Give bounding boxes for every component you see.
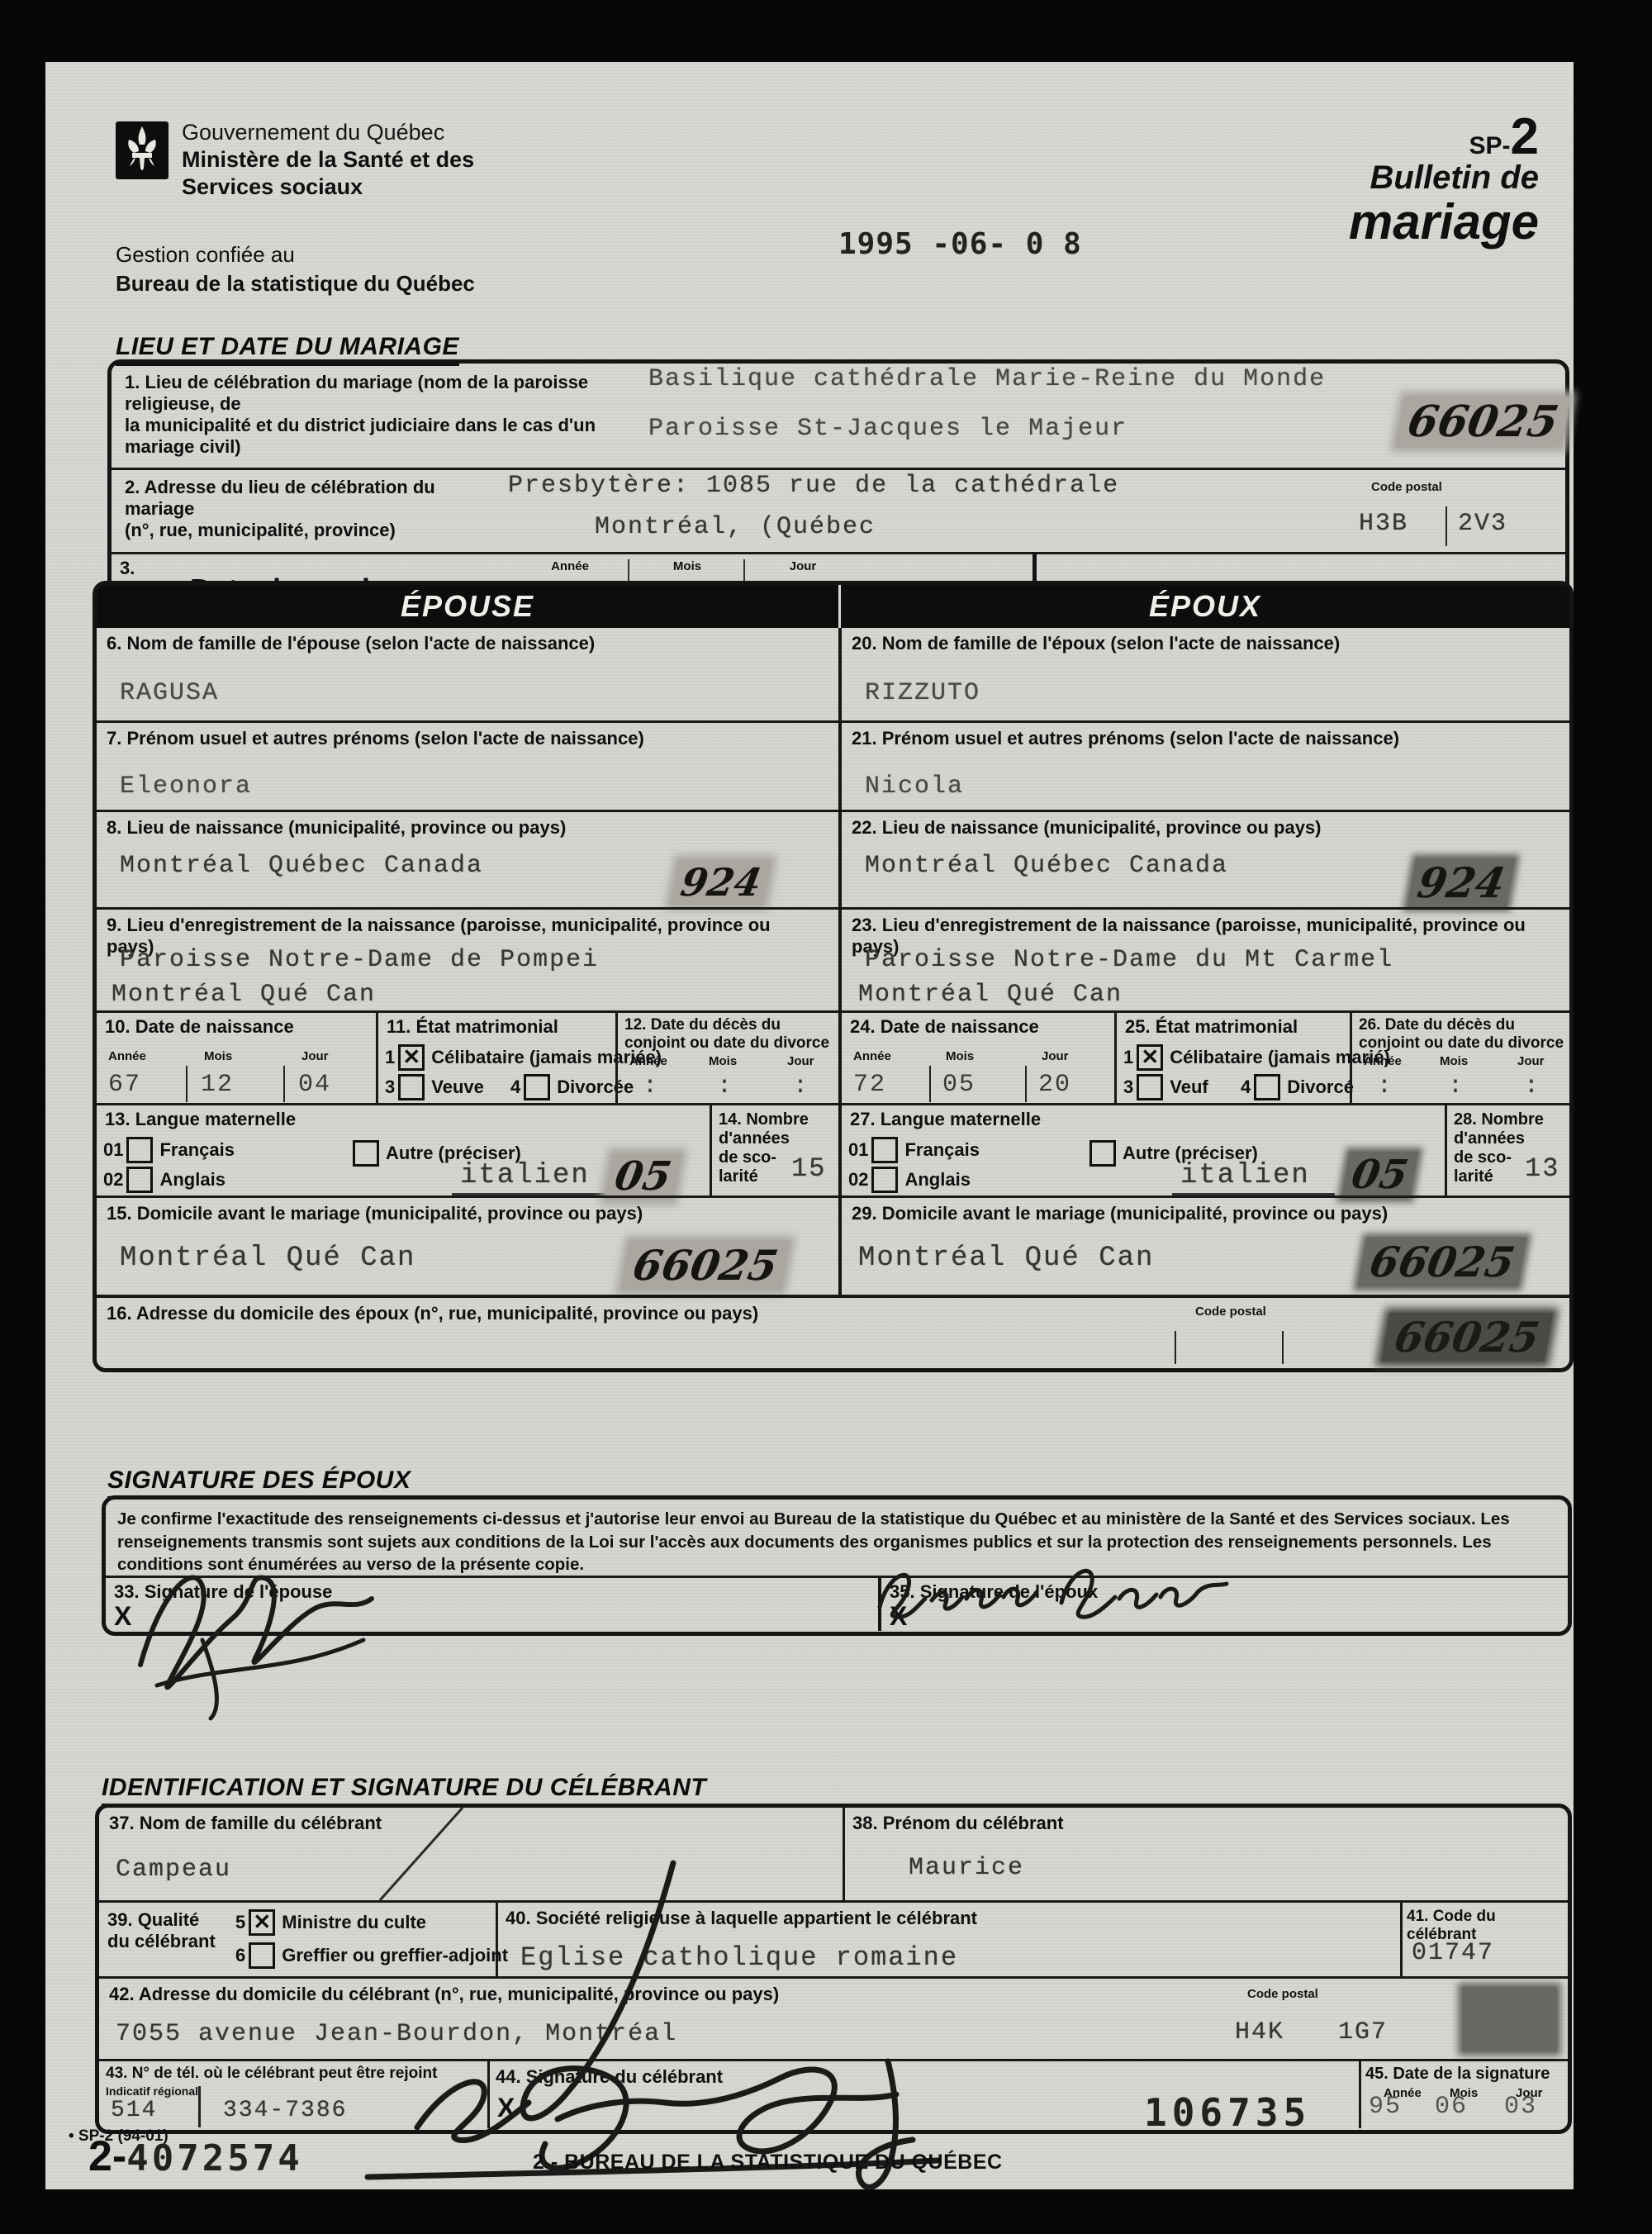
tick bbox=[198, 2086, 201, 2127]
lbl: Mois bbox=[946, 1049, 974, 1063]
opt-num: 4 bbox=[1241, 1077, 1251, 1097]
lbl: Mois bbox=[1440, 1054, 1468, 1068]
bride-field8: 8. Lieu de naissance (municipalité, prov… bbox=[97, 810, 838, 910]
field1-code-handwritten: 66025 bbox=[1396, 397, 1571, 447]
groom-header-bar: ÉPOUX bbox=[841, 585, 1569, 628]
anglais-checkbox bbox=[871, 1167, 898, 1193]
opt-num: 02 bbox=[848, 1169, 868, 1190]
day-label: Jour bbox=[745, 559, 861, 573]
opt-label: Veuve bbox=[431, 1077, 484, 1097]
celebrant-title: IDENTIFICATION ET SIGNATURE DU CÉLÉBRANT bbox=[102, 1774, 706, 1807]
groom-signature-scribble bbox=[867, 1549, 1247, 1640]
field1-value-line1: Basilique cathédrale Marie-Reine du Mond… bbox=[648, 365, 1326, 393]
opt-label: Français bbox=[904, 1139, 980, 1160]
field45-month: 06 bbox=[1435, 2093, 1468, 2121]
tick bbox=[283, 1066, 285, 1102]
form-code: SP-2 bbox=[1349, 107, 1539, 166]
field2-value-line1: Presbytère: 1085 rue de la cathédrale bbox=[508, 472, 1119, 500]
field1-row: 1. Lieu de célébration du mariage (nom d… bbox=[112, 364, 1565, 468]
groom-field27: 27. Langue maternelle 01Français 02Angla… bbox=[842, 1105, 1445, 1198]
empty-colon: : bbox=[717, 1072, 733, 1100]
tick bbox=[186, 1066, 188, 1102]
bride-f13-opt01: 01Français bbox=[103, 1137, 235, 1163]
bride-f10-month: 12 bbox=[201, 1071, 234, 1099]
field1-label-line1: 1. Lieu de célébration du mariage (nom d… bbox=[125, 372, 620, 415]
lbl: Jour bbox=[1517, 1054, 1545, 1068]
groom-field29-label: 29. Domicile avant le mariage (municipal… bbox=[852, 1203, 1388, 1224]
groom-field22-label: 22. Lieu de naissance (municipalité, pro… bbox=[852, 817, 1322, 839]
bride-f10-year-label: Année bbox=[108, 1049, 146, 1063]
bride-f10-month-label: Mois bbox=[204, 1049, 232, 1063]
bulletin-line2: mariage bbox=[1349, 193, 1539, 250]
opt-label: Divorcé bbox=[1287, 1077, 1354, 1097]
bride-column: 6. Nom de famille de l'épouse (selon l'a… bbox=[97, 628, 842, 1295]
opt-num: 5 bbox=[235, 1912, 245, 1932]
field43-area: 514 bbox=[111, 2098, 157, 2123]
received-date-stamp: 1995 -06- 0 8 bbox=[838, 227, 1082, 261]
opt-label: Français bbox=[159, 1139, 235, 1160]
bride-f11-opt3: 3Veuve bbox=[385, 1074, 484, 1100]
groom-field27-label: 27. Langue maternelle bbox=[850, 1109, 1041, 1130]
autre-checkbox bbox=[353, 1140, 379, 1167]
empty-colon: : bbox=[1448, 1072, 1464, 1100]
field42-postal1: H4K bbox=[1235, 2018, 1284, 2046]
field16-row: 16. Adresse du domicile des époux (n°, r… bbox=[97, 1295, 1569, 1368]
opt-num: 02 bbox=[103, 1169, 123, 1190]
bride-field7-value: Eleonora bbox=[120, 772, 252, 801]
bride-field14-value: 15 bbox=[791, 1153, 826, 1184]
field38-label: 38. Prénom du célébrant bbox=[852, 1813, 1064, 1834]
groom-field22: 22. Lieu de naissance (municipalité, pro… bbox=[842, 810, 1569, 910]
bride-field6: 6. Nom de famille de l'épouse (selon l'a… bbox=[97, 628, 838, 720]
bride-langrow: 13. Langue maternelle 01Français 02Angla… bbox=[97, 1103, 838, 1198]
spouses-headers: ÉPOUSE ÉPOUX bbox=[97, 585, 1569, 628]
bride-f10-year: 67 bbox=[108, 1071, 141, 1099]
greffier-checkbox bbox=[249, 1942, 275, 1969]
opt-label: Anglais bbox=[159, 1169, 225, 1190]
tick bbox=[1025, 1066, 1027, 1102]
form-code-prefix: SP- bbox=[1469, 132, 1511, 159]
groom-field20-label: 20. Nom de famille de l'époux (selon l'a… bbox=[852, 633, 1340, 654]
bride-field15-label: 15. Domicile avant le mariage (municipal… bbox=[107, 1203, 643, 1224]
bride-header-bar: ÉPOUSE bbox=[97, 585, 841, 628]
form-code-block: SP-2 Bulletin de mariage bbox=[1349, 107, 1539, 250]
field2-postal-label: Code postal bbox=[1371, 480, 1442, 494]
groom-f24-day: 20 bbox=[1038, 1071, 1071, 1099]
opt-num: 01 bbox=[848, 1139, 868, 1160]
groom-f24-year: 72 bbox=[853, 1071, 886, 1099]
bride-f13-other-value: italien bbox=[452, 1160, 615, 1195]
empty-colon: : bbox=[1377, 1072, 1393, 1100]
opt-num: 01 bbox=[103, 1139, 123, 1160]
opt-label: Anglais bbox=[904, 1169, 970, 1190]
bride-field8-code: 924 bbox=[671, 860, 771, 905]
bride-field7-label: 7. Prénom usuel et autres prénoms (selon… bbox=[107, 728, 644, 749]
tick bbox=[1175, 1331, 1176, 1364]
bride-field13: 13. Langue maternelle 01Français 02Angla… bbox=[97, 1105, 710, 1198]
groom-f27-code: 05 bbox=[1341, 1152, 1418, 1198]
field1-value-line2: Paroisse St-Jacques le Majeur bbox=[648, 415, 1127, 443]
groom-field26: 26. Date du décès du conjoint ou date du… bbox=[1350, 1013, 1572, 1105]
veuve-checkbox bbox=[398, 1074, 425, 1100]
ministre-checkbox: ✕ bbox=[249, 1909, 275, 1936]
field42-postal2: 1G7 bbox=[1338, 2018, 1388, 2046]
field2-postal-value2: 2V3 bbox=[1458, 510, 1507, 538]
bride-field6-value: RAGUSA bbox=[120, 679, 219, 707]
serial-digits: 4072574 bbox=[126, 2137, 302, 2179]
managed-line1: Gestion confiée au bbox=[116, 242, 475, 268]
opt-num: 3 bbox=[385, 1077, 395, 1097]
groom-field23: 23. Lieu d'enregistrement de la naissanc… bbox=[842, 907, 1569, 1013]
bride-field9-value2: Montréal Qué Can bbox=[112, 981, 376, 1009]
groom-field22-code: 924 bbox=[1408, 858, 1516, 907]
serial-prefix: 2- bbox=[88, 2132, 126, 2180]
scan-smudge bbox=[1462, 1987, 1557, 2051]
groom-f25-opt4: 4Divorcé bbox=[1241, 1074, 1354, 1100]
field43-sub-label: Indicatif régional bbox=[106, 2084, 198, 2098]
field2-row: 2. Adresse du lieu de célébration du mar… bbox=[112, 468, 1565, 554]
groom-field24-label: 24. Date de naissance bbox=[850, 1016, 1039, 1038]
field2-label: 2. Adresse du lieu de célébration du mar… bbox=[125, 477, 496, 541]
divorcee-checkbox bbox=[524, 1074, 550, 1100]
groom-field26-label2: conjoint ou date du divorce bbox=[1359, 1034, 1564, 1053]
bride-field13-label: 13. Langue maternelle bbox=[105, 1109, 296, 1130]
bride-field15-value: Montréal Qué Can bbox=[120, 1243, 415, 1274]
veuf-checkbox bbox=[1137, 1074, 1163, 1100]
bride-signature-scribble bbox=[124, 1541, 421, 1723]
groom-f27-opt01: 01Français bbox=[848, 1137, 980, 1163]
bride-f13-opt02: 02Anglais bbox=[103, 1167, 225, 1193]
field39-label2: du célébrant bbox=[107, 1931, 216, 1952]
groom-field20: 20. Nom de famille de l'époux (selon l'a… bbox=[842, 628, 1569, 720]
groom-field25: 25. État matrimonial 1✕Célibataire (jama… bbox=[1114, 1013, 1352, 1105]
autre-checkbox bbox=[1089, 1140, 1116, 1167]
bride-field8-label: 8. Lieu de naissance (municipalité, prov… bbox=[107, 817, 566, 839]
spouses-box: ÉPOUSE ÉPOUX 6. Nom de famille de l'épou… bbox=[93, 581, 1574, 1372]
bride-field9-value1: Paroisse Notre-Dame de Pompei bbox=[120, 946, 599, 974]
field41-value: 01747 bbox=[1412, 1939, 1494, 1967]
ministry-line2: Services sociaux bbox=[182, 174, 474, 200]
year-label: Année bbox=[512, 559, 628, 573]
quebec-logo bbox=[116, 121, 169, 179]
bride-field12-label2: conjoint ou date du divorce bbox=[624, 1034, 829, 1053]
tick bbox=[1282, 1331, 1284, 1364]
francais-checkbox bbox=[871, 1137, 898, 1163]
field39-label1: 39. Qualité bbox=[107, 1909, 199, 1931]
footer-center-text: 2 - BUREAU DE LA STATISTIQUE DU QUÉBEC bbox=[533, 2151, 1003, 2175]
celibataire-checkbox: ✕ bbox=[1137, 1044, 1163, 1071]
bride-field12-label1: 12. Date du décès du bbox=[624, 1016, 781, 1034]
bride-f13-code: 05 bbox=[605, 1153, 681, 1200]
field42-postal-label: Code postal bbox=[1247, 1987, 1318, 2001]
bride-field12: 12. Date du décès du conjoint ou date du… bbox=[615, 1013, 841, 1105]
serial-number: 2-4072574 bbox=[88, 2132, 303, 2181]
lbl: Jour bbox=[1042, 1049, 1069, 1063]
bride-field10-label: 10. Date de naissance bbox=[105, 1016, 294, 1038]
groom-field22-value: Montréal Québec Canada bbox=[865, 852, 1228, 880]
empty-colon: : bbox=[643, 1072, 659, 1100]
opt-num: 1 bbox=[385, 1047, 395, 1067]
opt-num: 4 bbox=[510, 1077, 520, 1097]
spouses-columns: 6. Nom de famille de l'épouse (selon l'a… bbox=[97, 628, 1569, 1295]
bride-field14: 14. Nombre d'années de sco-larité 15 bbox=[710, 1105, 841, 1198]
groom-birthrow: 24. Date de naissance Année Mois Jour 72… bbox=[842, 1010, 1569, 1105]
field37-value: Campeau bbox=[116, 1856, 231, 1884]
field2-value-line2: Montréal, (Québec bbox=[595, 513, 876, 541]
groom-field29-code: 66025 bbox=[1358, 1238, 1526, 1286]
postal-divider-tick bbox=[1445, 506, 1447, 546]
empty-colon: : bbox=[1524, 1072, 1540, 1100]
opt-label: Veuf bbox=[1170, 1077, 1208, 1097]
groom-f25-opt3: 3Veuf bbox=[1123, 1074, 1208, 1100]
bride-f10-day: 04 bbox=[298, 1071, 331, 1099]
groom-f27-other-value: italien bbox=[1172, 1160, 1335, 1195]
field41-cell: 41. Code du célébrant 01747 bbox=[1400, 1903, 1568, 1979]
groom-field28: 28. Nombre d'années de sco-larité 13 bbox=[1445, 1105, 1572, 1198]
field45-day: 03 bbox=[1504, 2093, 1537, 2121]
groom-langrow: 27. Langue maternelle 01Français 02Angla… bbox=[842, 1103, 1569, 1198]
stamp-number: 106735 bbox=[1144, 2090, 1311, 2135]
empty-colon: : bbox=[793, 1072, 809, 1100]
anglais-checkbox bbox=[126, 1167, 153, 1193]
signatures-title: SIGNATURE DES ÉPOUX bbox=[107, 1466, 411, 1500]
groom-field21-label: 21. Prénom usuel et autres prénoms (selo… bbox=[852, 728, 1399, 749]
field2-postal-value1: H3B bbox=[1359, 510, 1408, 538]
managed-by-block: Gestion confiée au Bureau de la statisti… bbox=[116, 242, 475, 297]
lbl: Année bbox=[853, 1049, 891, 1063]
field2-label-line2: (n°, rue, municipalité, province) bbox=[125, 520, 496, 541]
lbl: Année bbox=[629, 1054, 667, 1068]
groom-field21: 21. Prénom usuel et autres prénoms (selo… bbox=[842, 720, 1569, 812]
groom-field29-value: Montréal Qué Can bbox=[858, 1243, 1154, 1274]
government-line: Gouvernement du Québec bbox=[182, 120, 474, 145]
opt-num: 3 bbox=[1123, 1077, 1133, 1097]
lbl: Année bbox=[1364, 1054, 1402, 1068]
bride-f10-day-label: Jour bbox=[301, 1049, 329, 1063]
lbl: Mois bbox=[709, 1054, 737, 1068]
field16-label: 16. Adresse du domicile des époux (n°, r… bbox=[107, 1303, 758, 1324]
bride-field11-label: 11. État matrimonial bbox=[387, 1016, 558, 1038]
field37-label: 37. Nom de famille du célébrant bbox=[109, 1813, 382, 1834]
field2-label-line1: 2. Adresse du lieu de célébration du mar… bbox=[125, 477, 496, 520]
groom-f27-opt02: 02Anglais bbox=[848, 1167, 971, 1193]
bride-field10: 10. Date de naissance Année Mois Jour 67… bbox=[97, 1013, 376, 1105]
lbl: Jour bbox=[787, 1054, 814, 1068]
tick bbox=[929, 1066, 931, 1102]
celibataire-checkbox: ✕ bbox=[398, 1044, 425, 1071]
groom-field26-label1: 26. Date du décès du bbox=[1359, 1016, 1515, 1034]
opt-num: 1 bbox=[1123, 1047, 1133, 1067]
bride-field8-value: Montréal Québec Canada bbox=[120, 852, 483, 880]
managed-line2: Bureau de la statistique du Québec bbox=[116, 271, 475, 297]
divorce-checkbox bbox=[1254, 1074, 1280, 1100]
groom-field23-value1: Paroisse Notre-Dame du Mt Carmel bbox=[865, 946, 1393, 974]
form-code-number: 2 bbox=[1511, 108, 1539, 165]
bride-field15-code: 66025 bbox=[621, 1241, 790, 1290]
fleur-de-lis-icon bbox=[122, 125, 162, 176]
bride-field6-label: 6. Nom de famille de l'épouse (selon l'a… bbox=[107, 633, 595, 654]
bride-field9: 9. Lieu d'enregistrement de la naissance… bbox=[97, 907, 838, 1013]
groom-field25-label: 25. État matrimonial bbox=[1125, 1016, 1298, 1038]
bride-birthrow: 10. Date de naissance Année Mois Jour 67… bbox=[97, 1010, 838, 1105]
bride-field7: 7. Prénom usuel et autres prénoms (selon… bbox=[97, 720, 838, 812]
groom-column: 20. Nom de famille de l'époux (selon l'a… bbox=[842, 628, 1569, 1295]
field1-label-line2: la municipalité et du district judiciair… bbox=[125, 415, 620, 458]
field45-year: 95 bbox=[1369, 2093, 1402, 2121]
groom-field29: 29. Domicile avant le mariage (municipal… bbox=[842, 1195, 1569, 1297]
groom-f24-month: 05 bbox=[942, 1071, 976, 1099]
groom-field23-value2: Montréal Qué Can bbox=[858, 981, 1123, 1009]
field45-cell: 45. Date de la signature Année Mois Jour… bbox=[1359, 2061, 1568, 2128]
bride-field15: 15. Domicile avant le mariage (municipal… bbox=[97, 1195, 838, 1297]
groom-field28-value: 13 bbox=[1525, 1153, 1559, 1184]
ministry-block: Gouvernement du Québec Ministère de la S… bbox=[182, 120, 474, 200]
field45-label: 45. Date de la signature bbox=[1365, 2065, 1550, 2084]
ministry-line1: Ministère de la Santé et des bbox=[182, 147, 474, 173]
field1-label: 1. Lieu de célébration du mariage (nom d… bbox=[125, 372, 620, 458]
groom-field21-value: Nicola bbox=[865, 772, 964, 801]
opt-num: 6 bbox=[235, 1945, 245, 1965]
groom-field24: 24. Date de naissance Année Mois Jour 72… bbox=[842, 1013, 1114, 1105]
bulletin-line1: Bulletin de bbox=[1349, 159, 1539, 197]
groom-field20-value: RIZZUTO bbox=[865, 679, 980, 707]
francais-checkbox bbox=[126, 1137, 153, 1163]
field16-postal-label: Code postal bbox=[1195, 1305, 1266, 1319]
bride-field11: 11. État matrimonial 1✕Célibataire (jama… bbox=[376, 1013, 618, 1105]
month-label: Mois bbox=[629, 559, 745, 573]
field16-code-smudged: 66025 bbox=[1381, 1313, 1553, 1362]
scanned-form-paper: Gouvernement du Québec Ministère de la S… bbox=[45, 62, 1574, 2189]
field3-number: 3. bbox=[120, 558, 135, 579]
